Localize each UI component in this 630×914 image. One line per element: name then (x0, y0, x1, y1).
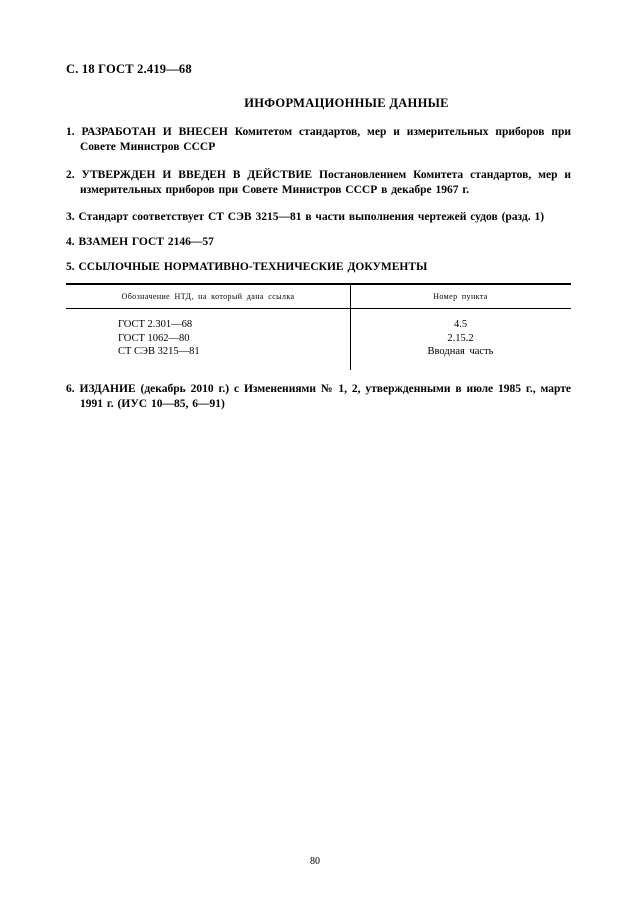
table-row: ГОСТ 1062—80 2.15.2 (66, 332, 571, 346)
info-item-5: 5. ССЫЛОЧНЫЕ НОРМАТИВНО-ТЕХНИЧЕСКИЕ ДОКУ… (66, 260, 571, 275)
column-header-ntd: Обозначение НТД, на который дана ссылка (66, 285, 350, 308)
table-body: ГОСТ 2.301—68 4.5 ГОСТ 1062—80 2.15.2 СТ… (66, 309, 571, 370)
document-content: С. 18 ГОСТ 2.419—68 ИНФОРМАЦИОННЫЕ ДАННЫ… (66, 0, 571, 412)
table-row: СТ СЭВ 3215—81 Вводная часть (66, 345, 571, 359)
cell-ntd: ГОСТ 2.301—68 (66, 318, 350, 332)
cell-ntd: ГОСТ 1062—80 (66, 332, 350, 346)
document-page: С. 18 ГОСТ 2.419—68 ИНФОРМАЦИОННЫЕ ДАННЫ… (0, 0, 630, 914)
info-item-6: 6. ИЗДАНИЕ (декабрь 2010 г.) с Изменения… (66, 382, 571, 412)
table-vertical-divider (350, 285, 351, 370)
cell-punkt: Вводная часть (350, 345, 571, 359)
info-item-3: 3. Стандарт соответствует СТ СЭВ 3215—81… (66, 210, 571, 225)
column-header-punkt: Номер пункта (350, 285, 571, 308)
cell-ntd: СТ СЭВ 3215—81 (66, 345, 350, 359)
cell-punkt: 4.5 (350, 318, 571, 332)
table-header-row: Обозначение НТД, на который дана ссылка … (66, 285, 571, 309)
table-row: ГОСТ 2.301—68 4.5 (66, 318, 571, 332)
page-number: 80 (0, 856, 630, 868)
document-title: ИНФОРМАЦИОННЫЕ ДАННЫЕ (94, 95, 599, 111)
info-item-2: 2. УТВЕРЖДЕН И ВВЕДЕН В ДЕЙСТВИЕ Постано… (66, 168, 571, 198)
info-item-1: 1. РАЗРАБОТАН И ВНЕСЕН Комитетом стандар… (66, 125, 571, 155)
references-table: Обозначение НТД, на который дана ссылка … (66, 283, 571, 370)
info-item-4: 4. ВЗАМЕН ГОСТ 2146—57 (66, 235, 571, 250)
cell-punkt: 2.15.2 (350, 332, 571, 346)
page-header: С. 18 ГОСТ 2.419—68 (66, 62, 571, 77)
